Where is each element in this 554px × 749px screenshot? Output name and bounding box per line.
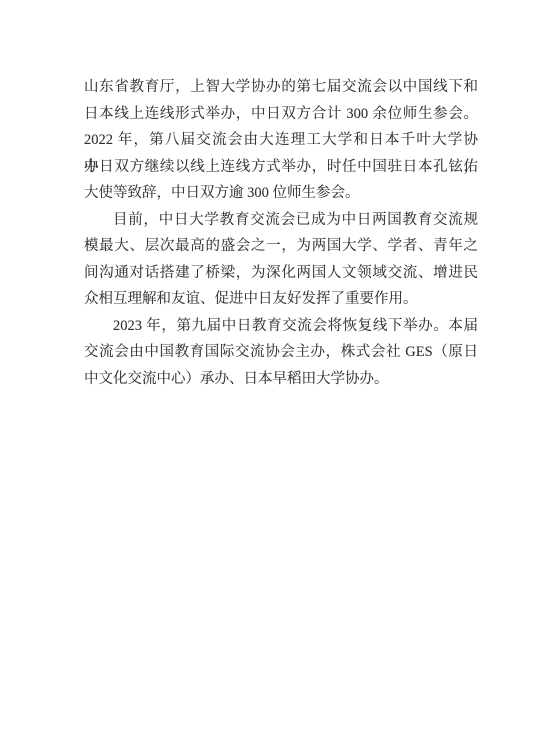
text-line: 中文化交流中心）承办、日本早稻田大学协办。 [84,366,478,393]
text-line: 2022 年，第八届交流会由大连理工大学和日本千叶大学协办， [84,127,478,154]
text-line: 山东省教育厅，上智大学协办的第七届交流会以中国线下和 [84,74,478,101]
text-line: 间沟通对话搭建了桥梁，为深化两国人文领域交流、增进民 [84,260,478,287]
text-line: 日本线上连线形式举办，中日双方合计 300 余位师生参会。 [84,101,478,128]
document-text-block: 山东省教育厅，上智大学协办的第七届交流会以中国线下和 日本线上连线形式举办，中日… [84,74,478,392]
text-line: 模最大、层次最高的盛会之一，为两国大学、学者、青年之 [84,233,478,260]
text-line: 2023 年，第九届中日教育交流会将恢复线下举办。本届 [84,313,478,340]
text-line: 目前，中日大学教育交流会已成为中日两国教育交流规 [84,207,478,234]
document-page: 山东省教育厅，上智大学协办的第七届交流会以中国线下和 日本线上连线形式举办，中日… [0,0,554,749]
text-line: 众相互理解和友谊、促进中日友好发挥了重要作用。 [84,286,478,313]
text-line: 交流会由中国教育国际交流协会主办，株式会社 GES（原日 [84,339,478,366]
text-line: 中日双方继续以线上连线方式举办，时任中国驻日本孔铉佑 [84,154,478,181]
text-line: 大使等致辞，中日双方逾 300 位师生参会。 [84,180,478,207]
